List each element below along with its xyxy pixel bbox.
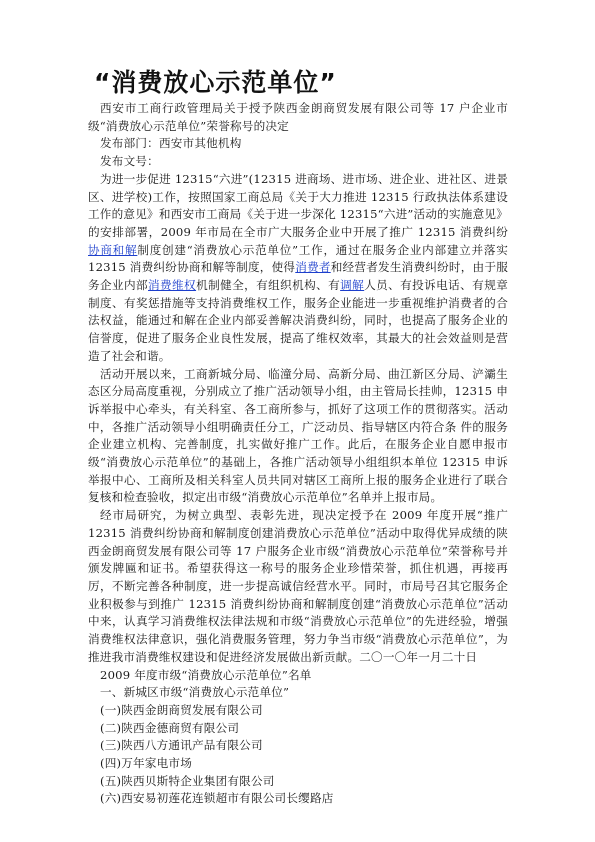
- department-line: 发布部门：西安市其他机构: [88, 135, 508, 153]
- link-consumer-rights[interactable]: 消费维权: [148, 278, 196, 292]
- text-span: 机制健全，有组织机构、有: [196, 278, 340, 292]
- paragraph-3: 经市局研究，为树立典型、表彰先进，现决定授予在 2009 年度开展“推广 123…: [88, 507, 508, 666]
- page-title: “消费放心示范单位”: [94, 66, 508, 100]
- list-section: 一、新城区市级“消费放心示范单位”: [88, 684, 508, 702]
- list-item: (四)万年家电市场: [88, 755, 508, 773]
- document-page: “消费放心示范单位” 西安市工商行政管理局关于授予陕西金朗商贸发展有限公司等 1…: [88, 66, 508, 808]
- list-title: 2009 年度市级“消费放心示范单位”名单: [88, 667, 508, 685]
- text-span: 为进一步促进 12315“六进”(12315 进商场、进市场、进企业、进社区、进…: [88, 172, 508, 239]
- list-item: (一)陕西金朗商贸发展有限公司: [88, 702, 508, 720]
- heading-line: 西安市工商行政管理局关于授予陕西金朗商贸发展有限公司等 17 户企业市级“消费放…: [88, 100, 508, 135]
- list-item: (三)陕西八方通讯产品有限公司: [88, 737, 508, 755]
- list-item: (六)西安易初莲花连锁超市有限公司长缨路店: [88, 790, 508, 808]
- document-body: 西安市工商行政管理局关于授予陕西金朗商贸发展有限公司等 17 户企业市级“消费放…: [88, 100, 508, 808]
- link-mediation[interactable]: 调解: [340, 278, 364, 292]
- link-negotiation[interactable]: 协商和解: [88, 243, 137, 257]
- link-consumer[interactable]: 消费者: [295, 260, 330, 274]
- list-item: (二)陕西金德商贸有限公司: [88, 720, 508, 738]
- list-item: (五)陕西贝斯特企业集团有限公司: [88, 773, 508, 791]
- paragraph-2: 活动开展以来，工商新城分局、临潼分局、高新分局、曲江新区分局、浐灞生态区分局高度…: [88, 366, 508, 508]
- paragraph-1: 为进一步促进 12315“六进”(12315 进商场、进市场、进企业、进社区、进…: [88, 171, 508, 366]
- doc-number-line: 发布文号：: [88, 153, 508, 171]
